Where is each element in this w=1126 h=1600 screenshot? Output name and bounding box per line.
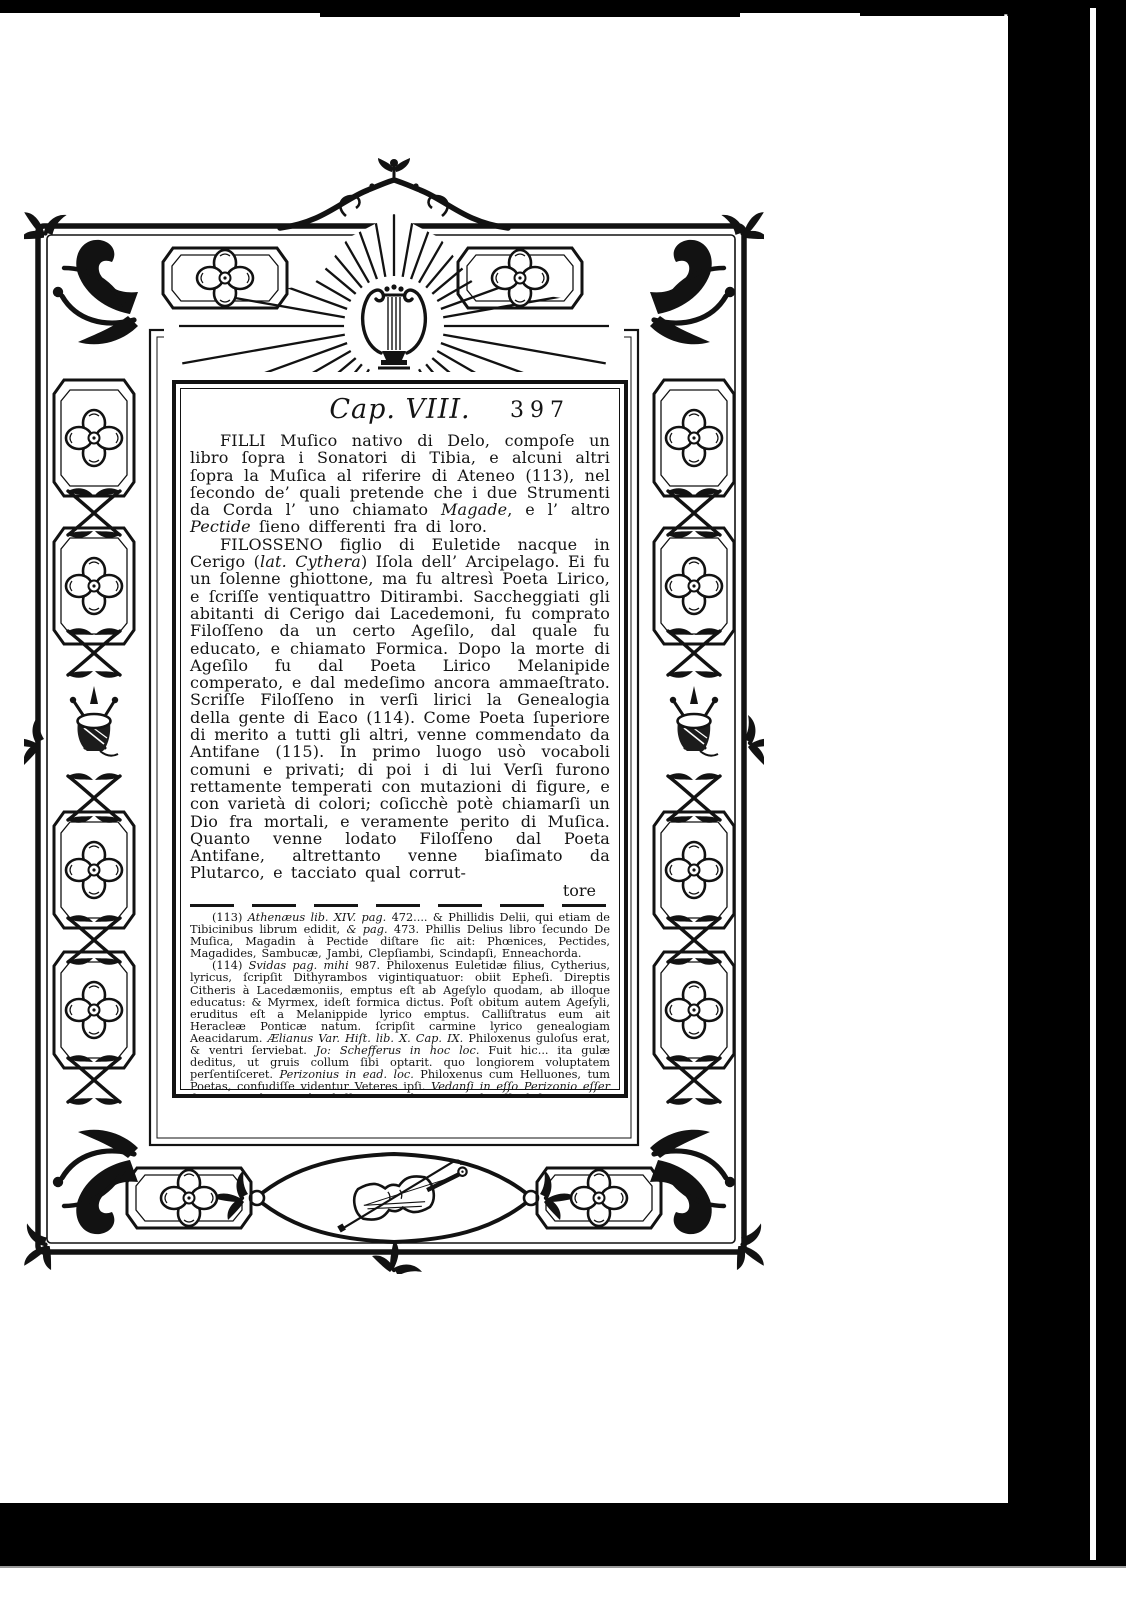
catchword-row: tore	[190, 882, 610, 900]
scan-edge-bottom	[0, 1503, 1126, 1566]
footnote-113: (113) Athenæus lib. XIV. pag. 472.... & …	[190, 912, 610, 960]
scan-edge-right	[1008, 0, 1126, 1566]
page-number: 397	[510, 398, 570, 423]
left-ornament-band	[54, 380, 134, 1105]
right-ornament-band	[654, 380, 734, 1105]
scan-edge-top-ragged	[320, 0, 740, 17]
footnote-separator	[190, 904, 610, 907]
page-curl-line	[988, 14, 1008, 254]
page-header: Cap. VIII. 397	[190, 394, 610, 432]
violin-cartouche	[212, 1154, 576, 1242]
paragraph-filosseno: FILOSSENO figlio di Euletide nacque in C…	[190, 536, 610, 882]
text-block: Cap. VIII. 397 FILLI Muſico nativo di De…	[176, 384, 624, 1098]
scanned-book-page: Cap. VIII. 397 FILLI Muſico nativo di De…	[0, 0, 1126, 1600]
scan-light-streak	[1090, 8, 1096, 1560]
catchword: tore	[563, 881, 596, 900]
text-block-border: Cap. VIII. 397 FILLI Muſico nativo di De…	[172, 380, 628, 1098]
paragraph-filli: FILLI Muſico nativo di Delo, compoſe un …	[190, 432, 610, 536]
drum-icon	[70, 686, 118, 756]
footnotes: (113) Athenæus lib. XIV. pag. 472.... & …	[190, 912, 610, 1098]
drum-icon	[670, 686, 718, 756]
scanner-bed-line	[0, 1566, 1126, 1568]
footnote-114: (114) Svidas pag. mihi 987. Philoxenus E…	[190, 960, 610, 1098]
